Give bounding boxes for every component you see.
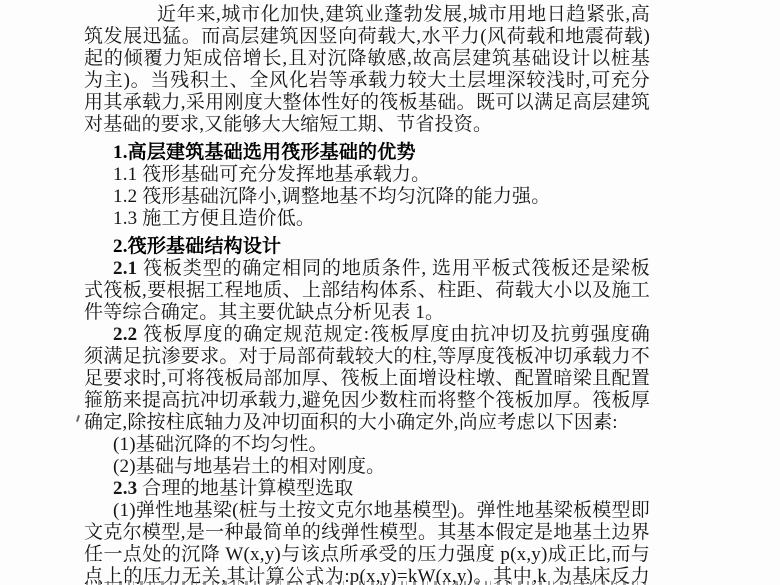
scan-artifact-tick: [76, 415, 80, 422]
bold-number-prefix: 2.2: [113, 324, 137, 345]
section-heading: 2.筏形基础结构设计: [84, 236, 650, 258]
document-body: 近年来,城市化加快,建筑业蓬勃发展,城市用地日趋紧张,高层建筑发展迅猛。而高层建…: [84, 4, 650, 585]
text-line: (2)基础与地基岩土的相对刚度。: [84, 456, 650, 478]
text-line: 件等综合确定。其主要优缺点分析见表 1。: [84, 302, 650, 324]
text-line: 箍筋来提高抗冲切承载力,避免因少数柱而将整个筏板加厚。筏板厚度的: [84, 390, 650, 412]
clipped-text-line: [86, 581, 646, 585]
text-line: 须满足抗渗要求。对于局部荷载较大的柱,等厚度筏板冲切承载力不能满: [84, 346, 650, 368]
text-line: 1.1 筏形基础可充分发挥地基承载力。: [84, 164, 650, 186]
text-line: 用其承载力,采用刚度大整体性好的筏板基础。既可以满足高层建筑: [84, 92, 650, 114]
text-line: (1)弹性地基梁(桩与土按文克尔地基模型)。弹性地基梁板模型即: [84, 500, 650, 522]
text-line: 足要求时,可将筏板局部加厚、筏板上面增设柱墩、配置暗梁且配置抗冲切: [84, 368, 650, 390]
text-line: 式筏板,要根据工程地质、上部结构体系、柱距、荷载大小以及施工条: [84, 280, 650, 302]
section-heading: 1.高层建筑基础选用筏形基础的优势: [84, 142, 650, 164]
text-line: 1.2 筏形基础沉降小,调整地基不均匀沉降的能力强。: [84, 186, 650, 208]
text-line: 文克尔模型,是一种最简单的线弹性模型。其基本假定是地基土边界面上: [84, 522, 650, 544]
text-line: 近年来,城市化加快,建筑业蓬勃发展,城市用地日趋紧张,高层建: [84, 4, 650, 26]
text-line: 任一点处的沉降 W(x,y)与该点所承受的压力强度 p(x,y)成正比,而与其他: [84, 544, 650, 566]
text-line: 1.3 施工方便且造价低。: [84, 208, 650, 230]
bold-number-prefix: 2.3: [113, 478, 137, 499]
text-line: (1)基础沉降的不均匀性。: [84, 434, 650, 456]
bold-number-prefix: 2.1: [113, 258, 137, 279]
text-line: 对基础的要求,又能够大大缩短工期、节省投资。: [84, 114, 650, 136]
text-line: 起的倾覆力矩成倍增长,且对沉降敏感,故高层建筑基础设计以桩基础: [84, 48, 650, 70]
text-line: 2.3 合理的地基计算模型选取: [84, 478, 650, 500]
text-line: 2.2 筏板厚度的确定规范规定:筏板厚度由抗冲切及抗剪强度确定,且: [84, 324, 650, 346]
text-line: 为主)。当残积土、全风化岩等承载力较大土层埋深较浅时,可充分利: [84, 70, 650, 92]
scanned-document-page: 近年来,城市化加快,建筑业蓬勃发展,城市用地日趋紧张,高层建筑发展迅猛。而高层建…: [0, 0, 780, 585]
text-line: 2.1 筏板类型的确定相同的地质条件, 选用平板式筏板还是梁板: [84, 258, 650, 280]
text-line: 确定,除按柱底轴力及冲切面积的大小确定外,尚应考虑以下因素:: [84, 412, 650, 434]
text-line: 筑发展迅猛。而高层建筑因竖向荷载大,水平力(风荷载和地震荷载)引: [84, 26, 650, 48]
